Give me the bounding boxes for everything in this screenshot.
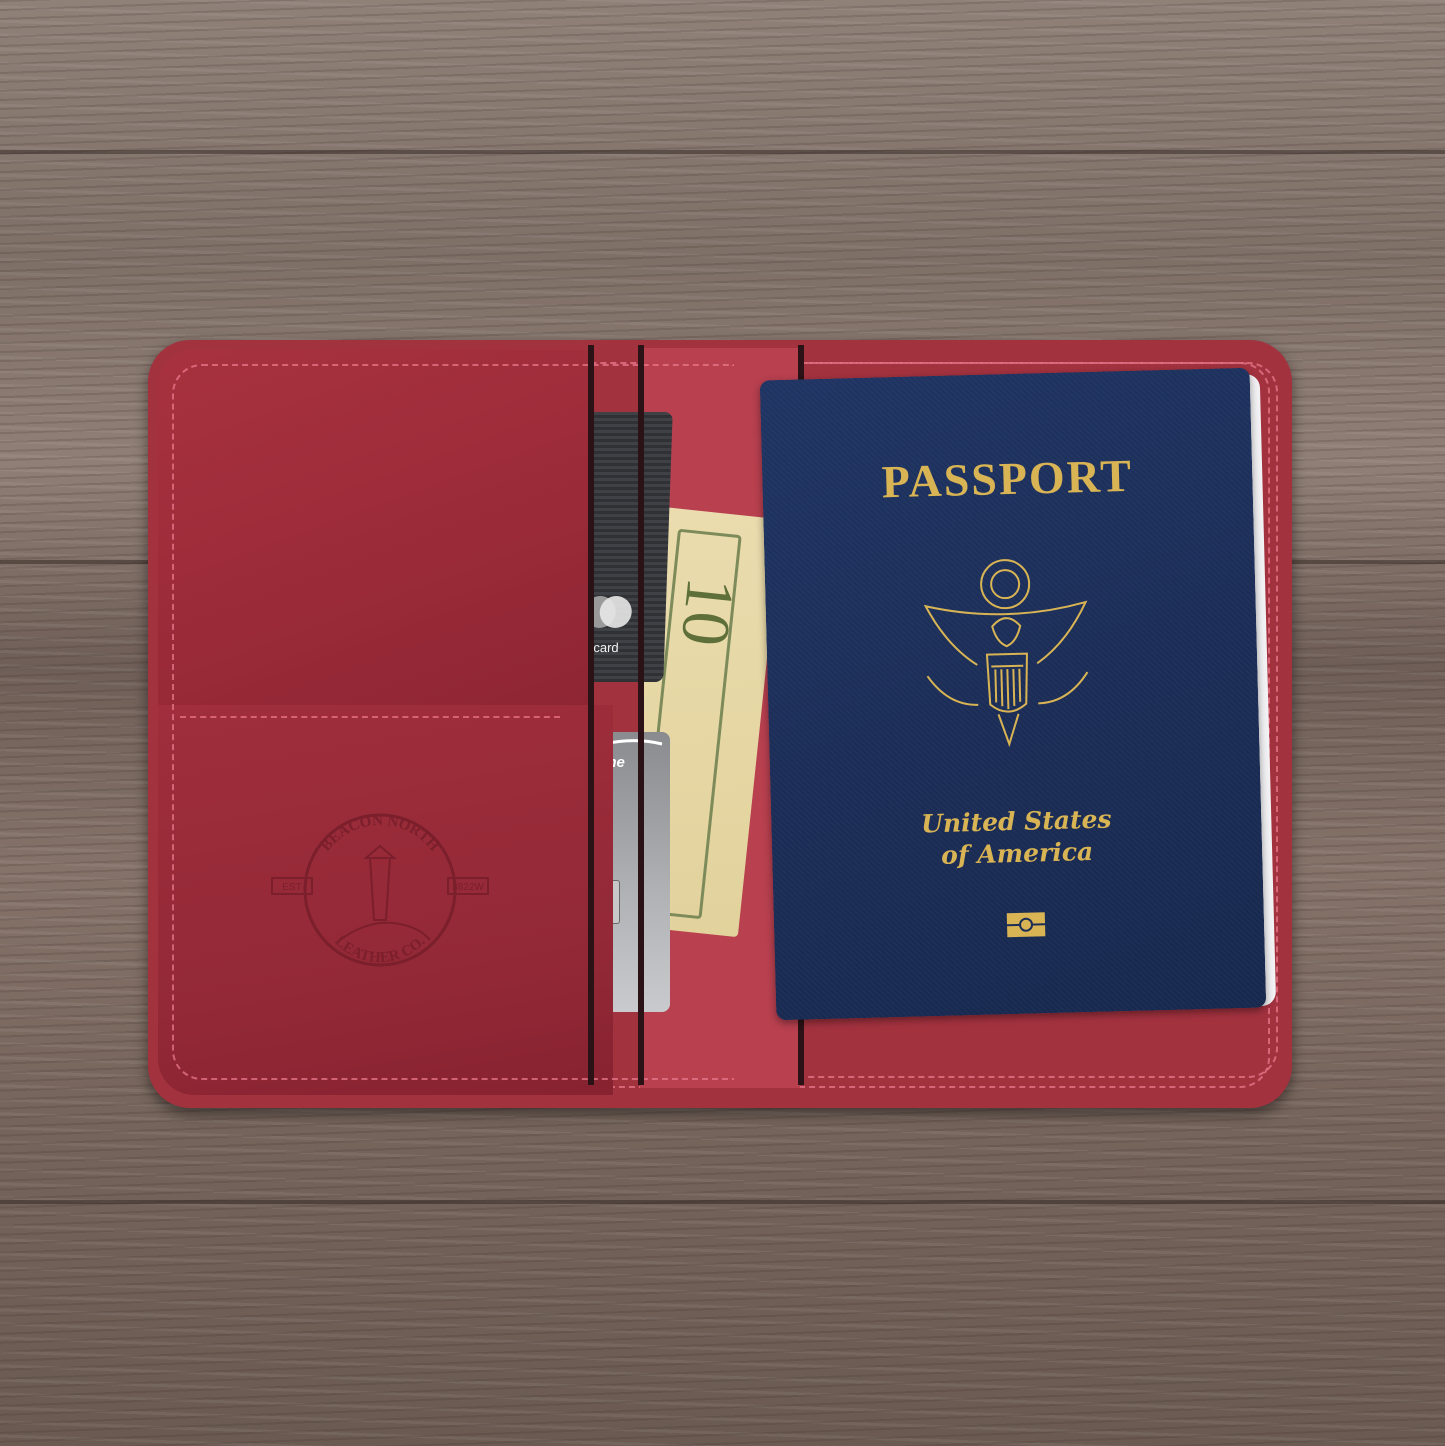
svg-text:LEATHER CO.: LEATHER CO. — [332, 933, 429, 966]
wood-plank-seam — [0, 1200, 1445, 1204]
card-slot-divider — [638, 345, 644, 1085]
wood-plank-seam — [0, 150, 1445, 154]
embossed-logo: BEACON NORTH LEATHER CO. EST 3822W — [270, 800, 490, 980]
svg-text:BEACON NORTH: BEACON NORTH — [318, 813, 442, 855]
card-slot-divider — [588, 345, 594, 1085]
emboss-left-band: EST — [282, 882, 301, 893]
emboss-bottom-text: LEATHER CO. — [332, 933, 429, 966]
right-panel-stitching — [806, 362, 1278, 1078]
lighthouse-icon — [340, 846, 430, 940]
emboss-right-band: 3822W — [452, 882, 484, 893]
emboss-top-text: BEACON NORTH — [318, 813, 442, 855]
